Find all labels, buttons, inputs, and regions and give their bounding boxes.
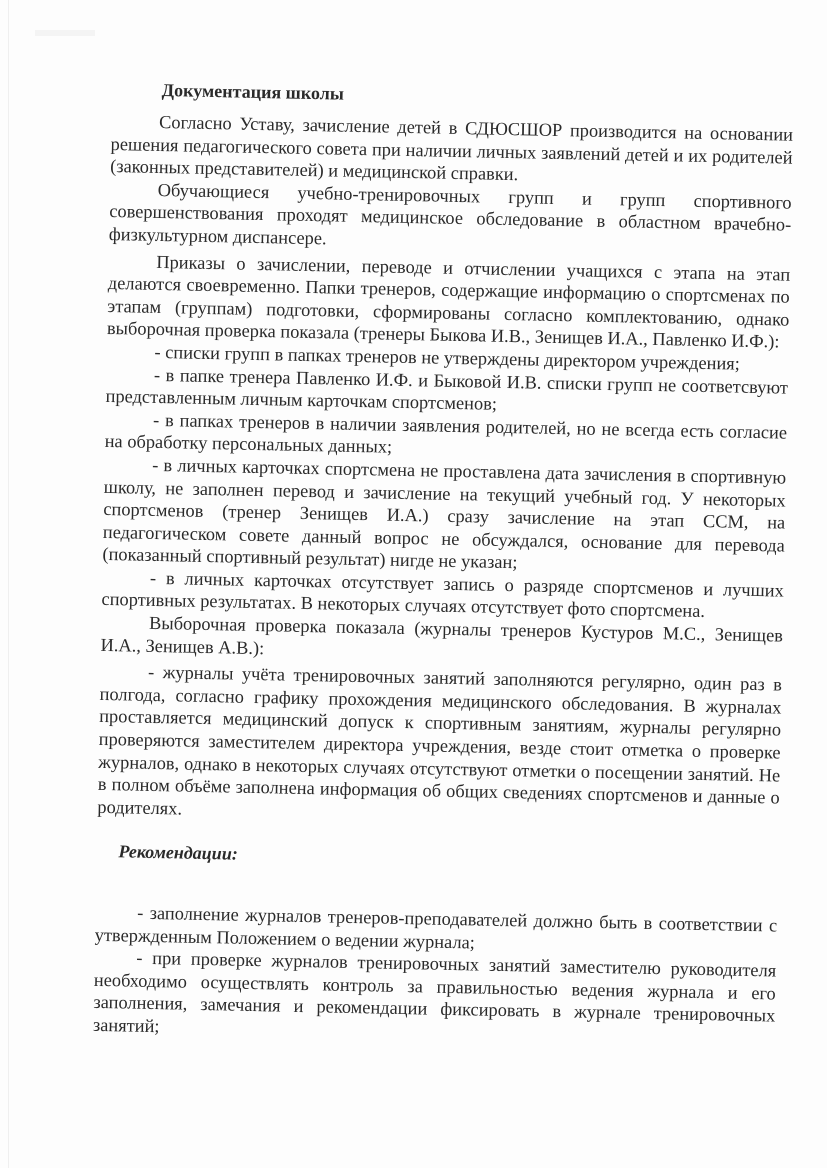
recommendation-item: - при проверке журналов тренировочных за… <box>93 946 777 1050</box>
paragraph-medical: Обучающиеся учебно-тренировочных групп и… <box>109 178 792 259</box>
section-title: Документация школы <box>162 79 794 114</box>
recommendations-title: Рекомендации: <box>118 841 778 877</box>
scan-edge <box>8 0 9 1168</box>
finding-item: - журналы учёта тренировочных занятий за… <box>97 660 782 832</box>
scanned-page: Документация школы Согласно Уставу, зачи… <box>0 0 827 1168</box>
finding-item: - в личных карточках спортсмена не прост… <box>102 453 786 580</box>
document-body: Документация школы Согласно Уставу, зачи… <box>93 78 794 1050</box>
paragraph-orders: Приказы о зачислении, переводе и отчисле… <box>107 250 791 354</box>
scan-smudge <box>35 30 95 36</box>
